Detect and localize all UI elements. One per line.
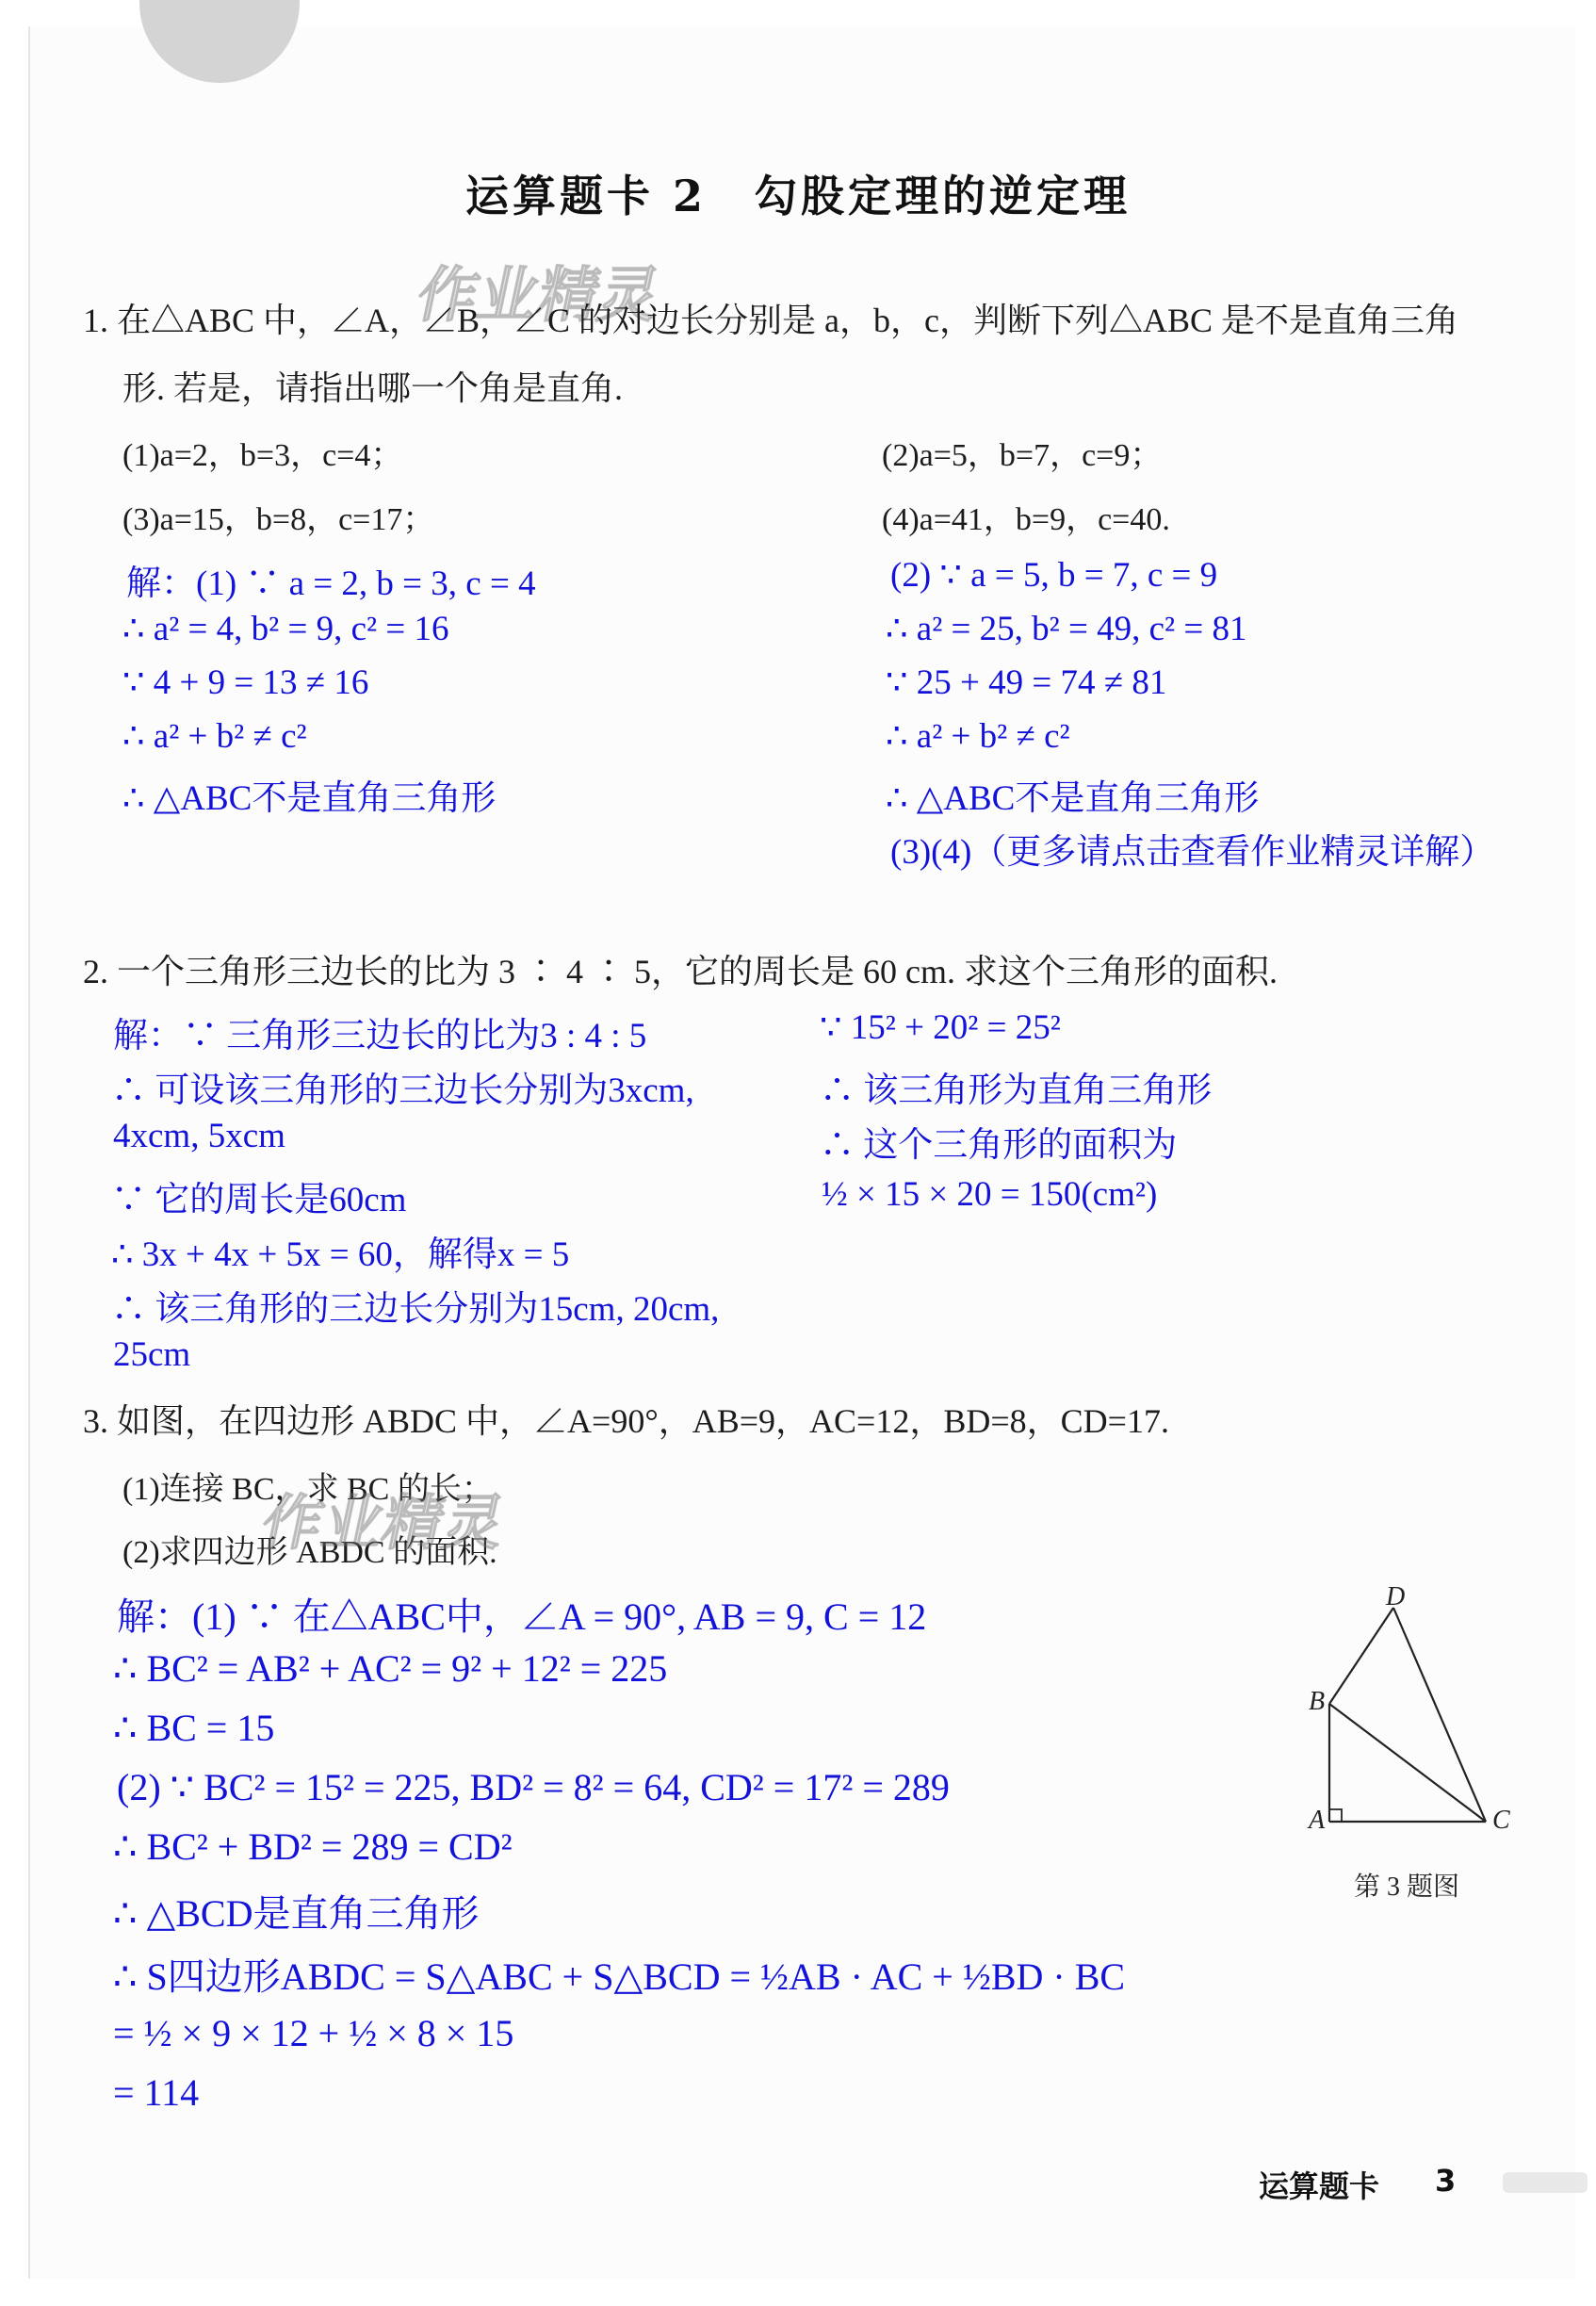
q1-solution-left-line: ∴ △ABC不是直角三角形 [122,769,496,820]
q3-solution-line: (2) ∵ BC² = 15² = 225, BD² = 8² = 64, CD… [117,1765,950,1809]
q3-solution-line: 解：(1) ∵ 在△ABC中，∠A = 90°, AB = 9, C = 12 [117,1587,926,1641]
q2-solution-left-line: 4xcm, 5xcm [113,1116,285,1156]
q1-solution-right-line: ∴ a² + b² ≠ c² [886,715,1070,757]
q1-more-solutions-link[interactable]: (3)(4)（更多请点击查看作业精灵详解） [890,823,1494,874]
page-number: 3 [1435,2163,1456,2199]
q2-solution-left-line: ∴ 该三角形的三边长分别为15cm, 20cm, [111,1280,719,1331]
q3-solution-line: ∴ BC² + BD² = 289 = CD² [113,1824,513,1869]
page-title: 运算题卡 2 勾股定理的逆定理 [0,162,1596,224]
q2-stem: 2. 一个三角形三边长的比为 3 ∶ 4 ∶ 5，它的周长是 60 cm. 求这… [83,945,1278,993]
q2-solution-left-line: 25cm [113,1334,190,1375]
q3-solution-line: ∴ BC² = AB² + AC² = 9² + 12² = 225 [113,1646,667,1691]
scan-smudge [1503,2172,1588,2193]
footer-label: 运算题卡 [1259,2163,1379,2206]
watermark: 作业精灵 [254,1475,514,1562]
q1-stem-line1: 1. 在△ABC 中，∠A，∠B，∠C 的对边长分别是 a，b，c，判断下列△A… [83,294,1458,342]
q2-solution-left-line: ∵ 它的周长是60cm [111,1170,406,1221]
q3-solution-line: ∴ BC = 15 [113,1706,274,1750]
q2-solution-right-line: ∴ 这个三角形的面积为 [820,1116,1177,1167]
q3-stem: 3. 如图，在四边形 ABDC 中，∠A=90°，AB=9，AC=12，BD=8… [83,1395,1169,1443]
q2-solution-right-line: ∴ 该三角形为直角三角形 [820,1061,1212,1112]
q1-solution-left-line: 解：(1) ∵ a = 2, b = 3, c = 4 [126,554,536,605]
q2-solution-left-line: 解：∵ 三角形三边长的比为3 : 4 : 5 [113,1006,646,1057]
scan-corner-shadow [139,0,300,83]
q3-solution-line: ∴ S四边形ABDC = S△ABC + S△BCD = ½AB · AC + … [113,1947,1125,2001]
q1-solution-left-line: ∴ a² + b² ≠ c² [122,715,307,757]
q3-solution-line: = 114 [113,2070,199,2115]
q1-item-3: (3)a=15，b=8，c=17； [122,493,434,539]
q1-solution-right-line: ∴ a² = 25, b² = 49, c² = 81 [886,608,1247,649]
q2-solution-right-line: ½ × 15 × 20 = 150(cm²) [822,1174,1157,1215]
q1-item-2: (2)a=5，b=7，c=9； [882,429,1162,475]
q3-solution-line: ∴ △BCD是直角三角形 [113,1884,479,1938]
q3-solution-line: = ½ × 9 × 12 + ½ × 8 × 15 [113,2011,513,2055]
figure-label-c: C [1492,1806,1510,1836]
q1-solution-left-line: ∴ a² = 4, b² = 9, c² = 16 [122,608,449,649]
figure-label-d: D [1386,1582,1405,1612]
q1-solution-left-line: ∵ 4 + 9 = 13 ≠ 16 [122,662,368,703]
figure-label-a: A [1309,1806,1325,1836]
q2-solution-right-line: ∵ 15² + 20² = 25² [820,1006,1061,1048]
figure-label-b: B [1309,1687,1325,1717]
q2-solution-left-line: ∴ 可设该三角形的三边长分别为3xcm, [111,1061,694,1112]
q1-stem-line2: 形. 若是，请指出哪一个角是直角. [122,362,623,410]
figure-caption: 第 3 题图 [1354,1866,1459,1904]
q1-solution-right-line: ∴ △ABC不是直角三角形 [886,769,1259,820]
q1-solution-right-line: ∵ 25 + 49 = 74 ≠ 81 [886,662,1166,703]
q1-item-4: (4)a=41，b=9，c=40. [882,493,1170,539]
q1-solution-right-line: (2) ∵ a = 5, b = 7, c = 9 [890,554,1217,596]
q2-solution-left-line: ∴ 3x + 4x + 5x = 60，解得x = 5 [111,1225,569,1276]
q1-item-1: (1)a=2，b=3，c=4； [122,429,402,475]
